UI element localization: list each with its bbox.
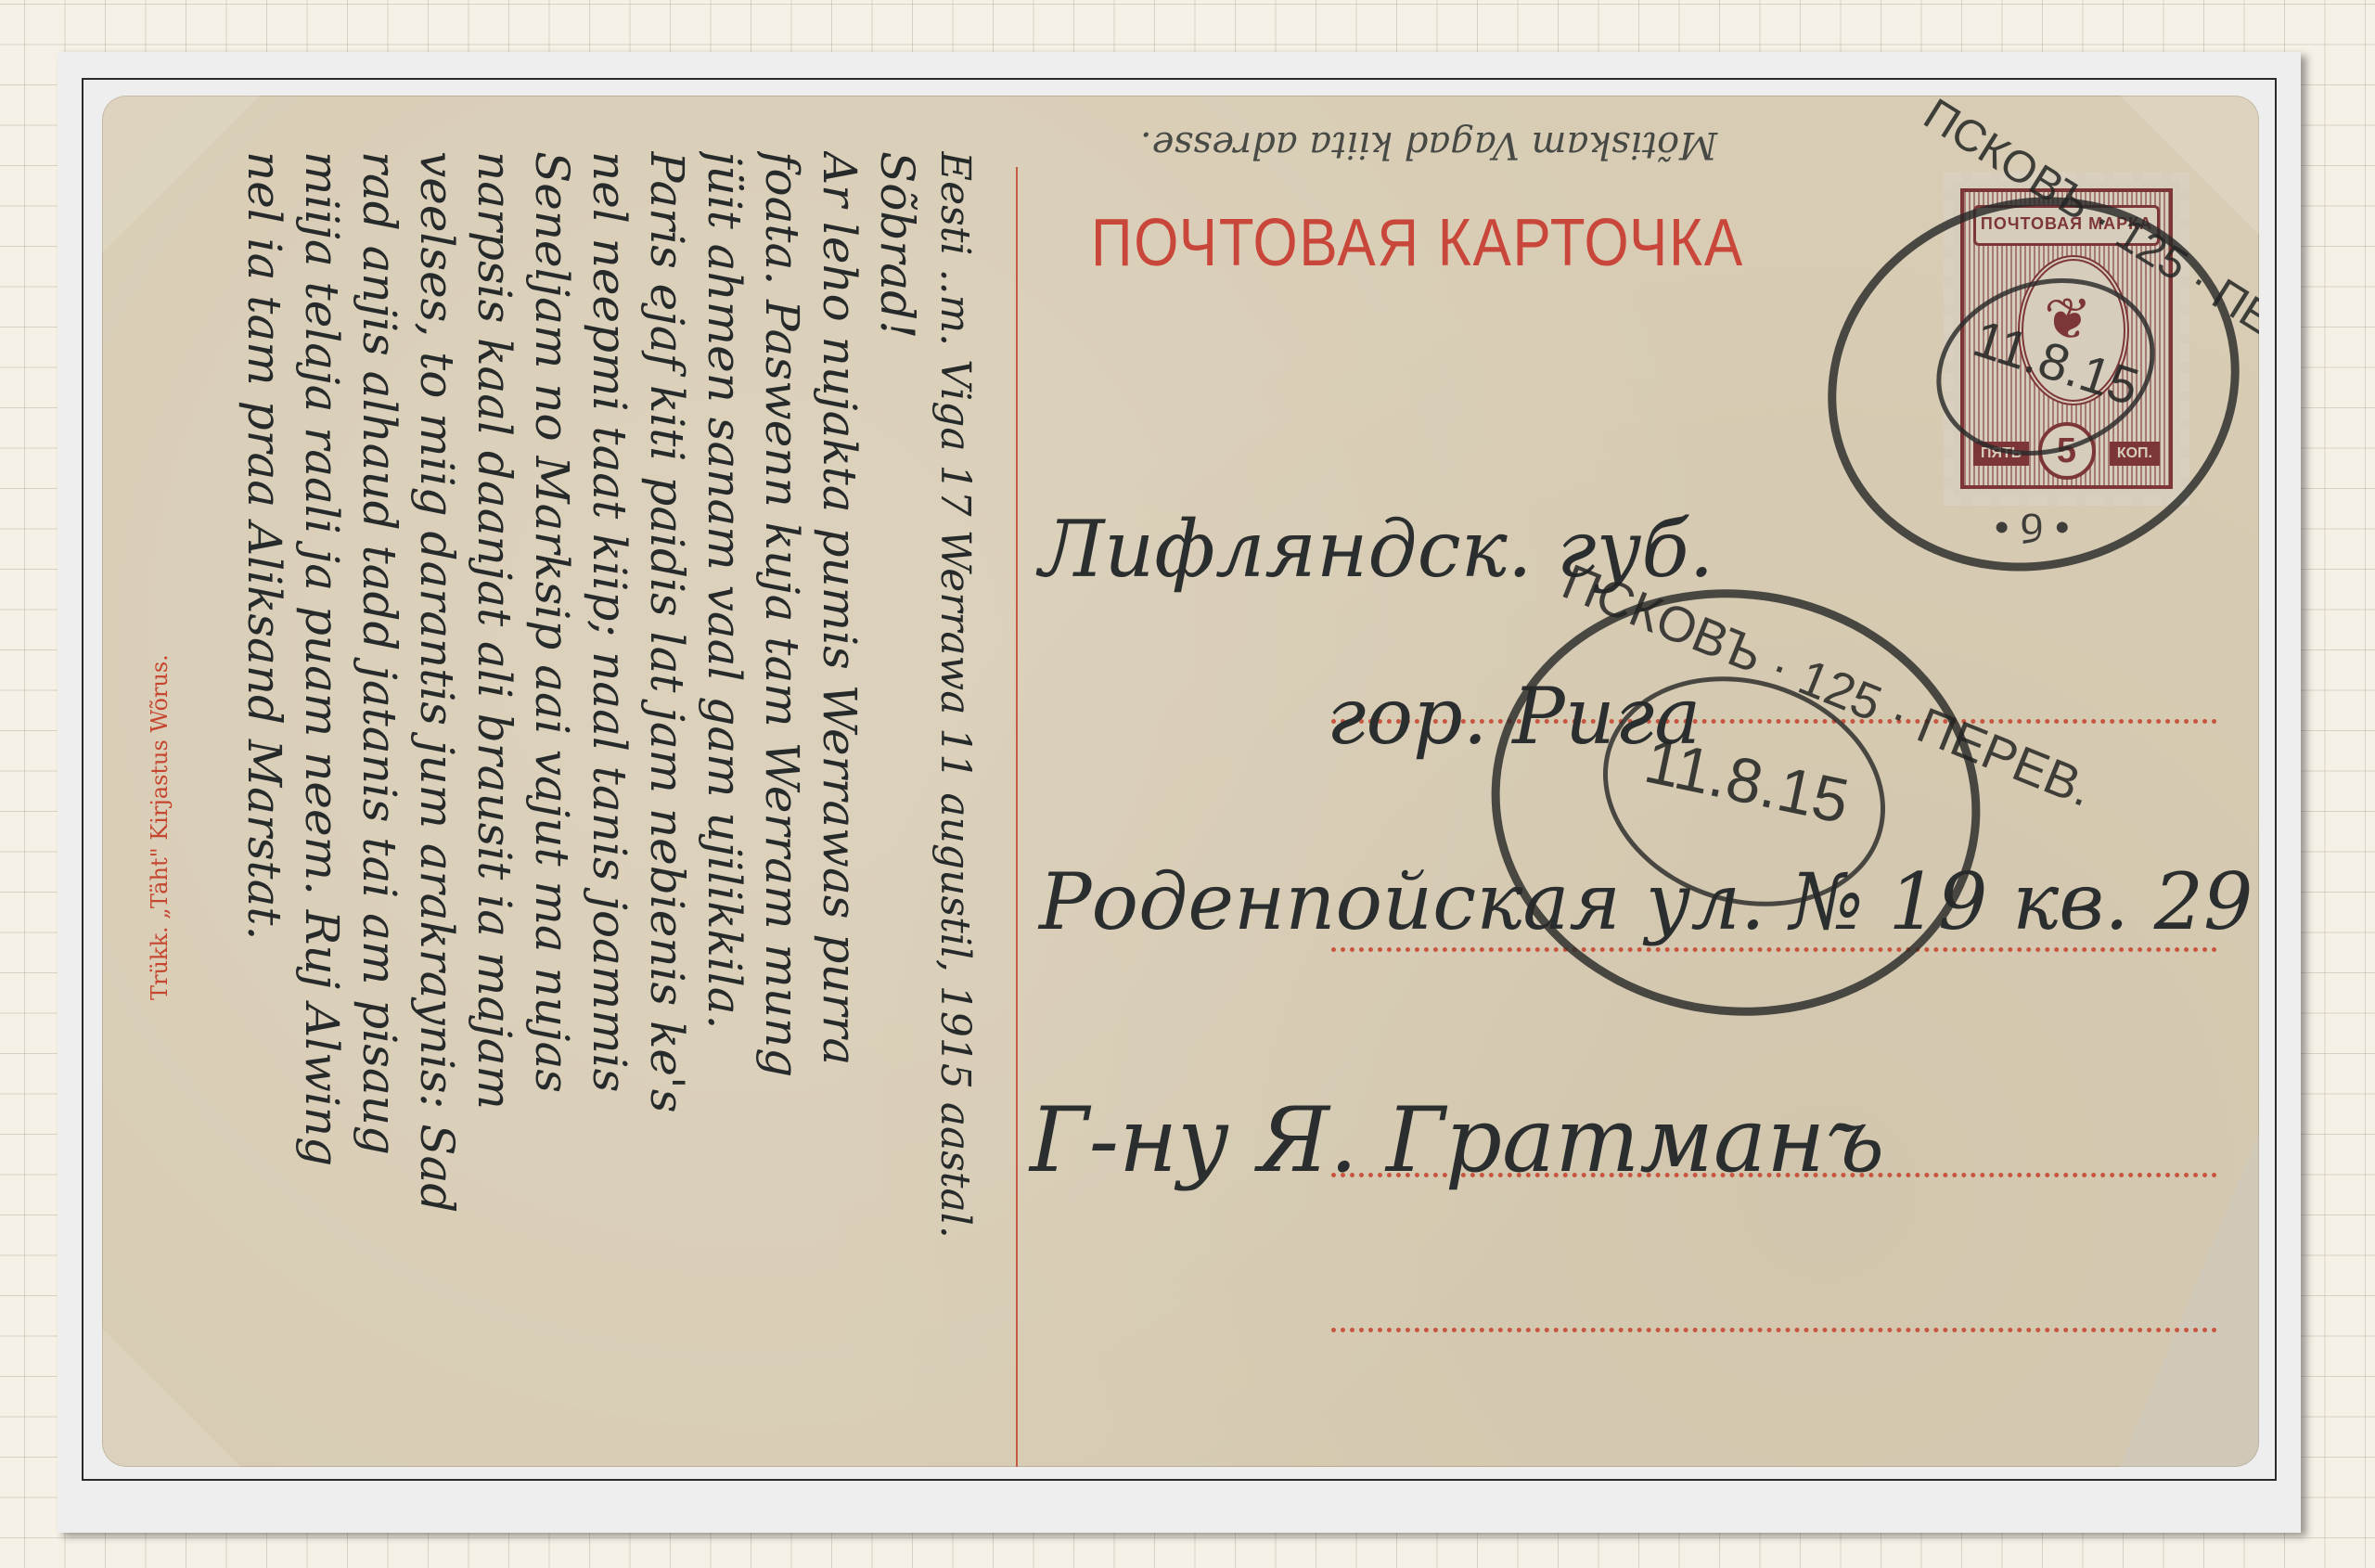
postcard: Eesti ..m. Viga 17 Werrawa 11 augustil, …	[102, 96, 2259, 1467]
message-line: foata. Paswenn kuja tam Werram mung	[753, 151, 811, 1467]
message-address-divider	[1016, 167, 1018, 1467]
message-line: jüit ahmen sanam vaal gam ujilikkila.	[696, 151, 753, 1467]
message-line: veelses, to miig darantis jum arakraynis…	[408, 151, 466, 1467]
message-line: Eesti ..m. Viga 17 Werrawa 11 augustil, …	[926, 151, 983, 1467]
handwritten-message: Eesti ..m. Viga 17 Werrawa 11 augustil, …	[121, 151, 1011, 1450]
upside-down-note: Mõtiskam Vagad kiita adresse.	[1095, 123, 1763, 166]
message-line: Seneljam no Marksip aai vajut ma nujas	[523, 151, 581, 1467]
message-line: rad anjis alhaud tadd jatanis tai am pis…	[351, 151, 408, 1467]
address-line-4	[1331, 1328, 2217, 1332]
message-line: narpsis kaal daanjat ali brausit ia maja…	[466, 151, 523, 1467]
card-title: ПОЧТОВАЯ КАРТОЧКА	[1091, 205, 1744, 281]
message-line: nel neepmi taat kiip; naal tanis joammis	[581, 151, 638, 1467]
message-line: Ar leho nujakta pumis Werrawas purra	[811, 151, 868, 1467]
printer-imprint: Trükk. „Täht" Kirjastus Wõrus.	[147, 573, 173, 1000]
message-line: Sõbrad!	[868, 151, 926, 1467]
postmark-stamp-bottom-text: • б •	[1995, 504, 2069, 550]
message-line: Paris ejaf kiti paidis lat jam nebienis …	[638, 151, 696, 1467]
corner-mount-bottom-right	[2120, 1133, 2259, 1467]
message-line: miija telaja raali ja puam neem. Ruj Alw…	[293, 151, 351, 1467]
message-line: nel ia tam praa Aliksand Marstat.	[236, 151, 293, 1467]
address-recipient: Г-ну Я. Гратманъ	[1030, 1088, 1884, 1192]
